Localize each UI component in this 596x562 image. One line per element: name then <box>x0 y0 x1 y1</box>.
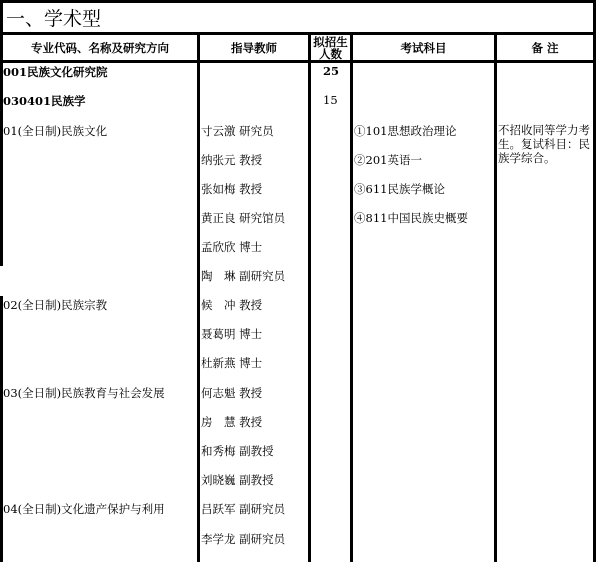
supervisor: 纳张元 教授 <box>201 152 262 168</box>
table-top-border <box>0 0 596 3</box>
exam-subject: ③611民族学概论 <box>354 181 445 197</box>
exam-subject: ②201英语一 <box>354 152 422 168</box>
direction-label: 02(全日制)民族宗教 <box>3 297 107 313</box>
exam-subject: ④811中国民族史概要 <box>354 210 468 226</box>
supervisor: 候 冲 教授 <box>201 297 262 313</box>
supervisor: 孟欣欣 博士 <box>201 239 262 255</box>
section-title: 一、学术型 <box>6 4 101 31</box>
institute-quota: 25 <box>323 64 339 78</box>
header-major: 专业代码、名称及研究方向 <box>3 34 197 62</box>
major-label: 030401民族学 <box>3 93 86 109</box>
header-quota-line2: 人数 <box>319 48 342 60</box>
direction-label: 01(全日制)民族文化 <box>3 123 107 139</box>
header-quota: 拟招生 人数 <box>311 34 350 62</box>
institute-label: 001民族文化研究院 <box>3 64 108 80</box>
supervisor: 房 慧 教授 <box>201 414 262 430</box>
supervisor: 和秀梅 副教授 <box>201 443 274 459</box>
col-divider-4 <box>494 33 497 562</box>
supervisor: 张如梅 教授 <box>201 181 262 197</box>
col-divider-1 <box>197 33 200 562</box>
direction-label: 04(全日制)文化遗产保护与利用 <box>3 501 165 517</box>
left-border-bottom <box>0 296 3 562</box>
supervisor: 何志魁 教授 <box>201 385 262 401</box>
supervisor: 聂葛明 博士 <box>201 326 262 342</box>
header-remark: 备 注 <box>497 34 593 62</box>
col-divider-2 <box>308 33 311 562</box>
remark-text: 不招收同等学力考生。复试科目：民族学综合。 <box>498 123 594 165</box>
supervisor: 刘晓巍 副教授 <box>201 472 274 488</box>
supervisor: 寸云激 研究员 <box>201 123 274 139</box>
major-quota: 15 <box>323 93 338 107</box>
col-divider-3 <box>350 33 353 562</box>
direction-label: 03(全日制)民族教育与社会发展 <box>3 385 165 401</box>
supervisor: 吕跃军 副研究员 <box>201 501 285 517</box>
supervisor: 李学龙 副研究员 <box>201 531 285 547</box>
supervisor: 陶 琳 副研究员 <box>201 268 285 284</box>
header-exam: 考试科目 <box>353 34 494 62</box>
supervisor: 杜新燕 博士 <box>201 355 262 371</box>
supervisor: 黄正良 研究馆员 <box>201 210 285 226</box>
header-supervisor: 指导教师 <box>200 34 308 62</box>
exam-subject: ①101思想政治理论 <box>354 123 456 139</box>
